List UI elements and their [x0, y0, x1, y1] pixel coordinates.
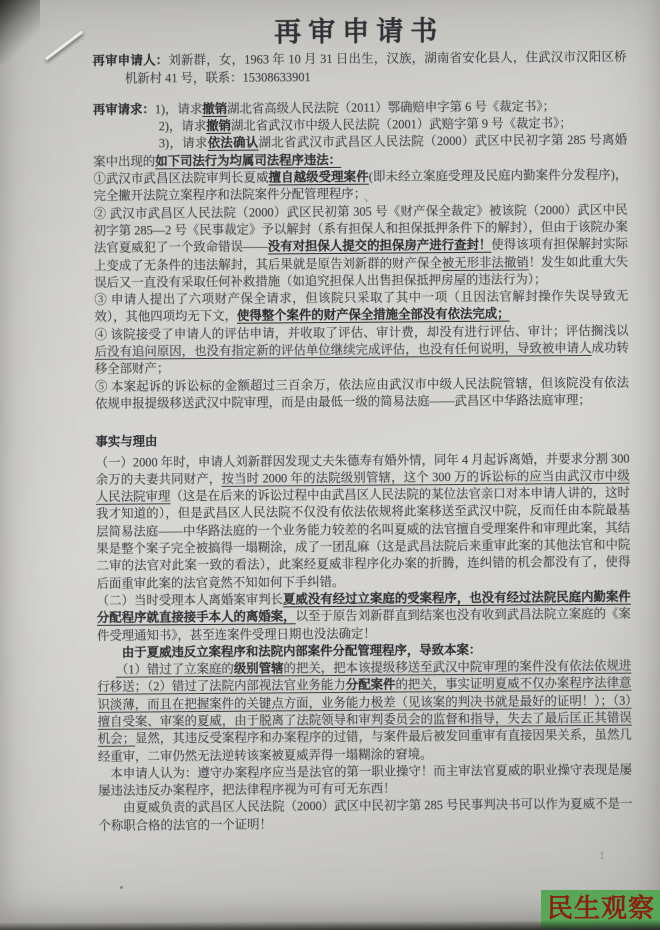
violation-item-4: ④ 该院接受了申请人的评估申请，并收取了评估、审计费，却没有进行评估、审计；评估… — [95, 322, 629, 378]
page-number: 1 — [599, 848, 605, 863]
text-segment: 如下司法行为均属司法程序违法： — [155, 153, 341, 168]
text-segment: 再审请求： — [93, 102, 155, 116]
text-segment: 再审申请人： — [92, 54, 168, 69]
violation-item-2: ② 武汉市武昌区人民法院（2000）武区民初第 305 号《财产保全裁定》被该院… — [94, 201, 629, 292]
fact-paragraph-2: （二）当时受理本人离婚案审判长夏威没有经过立案庭的受案程序，也没有经过法院民庭内… — [97, 589, 631, 645]
applicant-line: 再审申请人：刘新群，女，1963 年 10 月 31 日出生，汉族，湖南省安化县… — [92, 49, 626, 88]
text-segment: 本申请人认为：遵守办案程序应当是法官的第一职业操守！而主审法官夏威的职业操守表现… — [98, 763, 632, 798]
text-segment: 级别管辖 — [234, 661, 284, 675]
opinion-paragraph: 本申请人认为：遵守办案程序应当是法官的第一职业操守！而主审法官夏威的职业操守表现… — [98, 762, 632, 801]
photo-bottom-edge — [0, 920, 660, 930]
photographed-document: 再审申请书 再审申请人：刘新群，女，1963 年 10 月 31 日出生，汉族，… — [0, 0, 660, 930]
text-segment: 湖北省武汉市中级人民法院（2001）武赔字第 9 号《裁定书》； — [231, 116, 572, 133]
text-segment: 事实与理由 — [95, 435, 157, 449]
text-segment: 刘新群，女，1963 年 10 月 31 日出生，汉族，湖南省安化县人，住武汉市… — [125, 50, 627, 85]
text-segment: 依法确认 — [208, 136, 259, 150]
text-segment: （1）错过了立案庭的 — [116, 662, 234, 677]
closing-paragraph: 由夏威负责的武昌区人民法院（2000）武区中民初字第 285 号民事判决书可以作… — [98, 796, 632, 835]
text-segment: （二）当时受理本人离婚案审判长 — [97, 592, 283, 607]
fact-paragraph-1: （一）2000 年时，申请人刘新群因发现丈夫朱德寿有婚外情，同年 4 月起诉离婚… — [96, 450, 631, 593]
text-segment: （这是在后来的诉讼过程中由武昌区人民法院的某位法官亲口对本申请人讲的，这时我才知… — [96, 486, 631, 591]
text-segment: 显然，其违反受案程序和办案程序的过错，与案件最后被发回重审有直接因果关系，虽然几… — [98, 728, 632, 763]
text-segment: 分配案件 — [346, 678, 396, 692]
violation-item-3: ③ 申请人提出了六项财产保全请求，但该院只采取了其中一项（且因法官解封操作失误导… — [94, 288, 628, 327]
text-segment: 撤销 — [202, 102, 227, 116]
text-segment: 湖北省高级人民法院（2011）鄂确赔申字第 6 号《裁定书》； — [227, 99, 555, 116]
text-segment: 1)，请求 — [155, 102, 203, 116]
document-page: 再审申请书 再审申请人：刘新群，女，1963 年 10 月 31 日出生，汉族，… — [0, 0, 660, 930]
text-segment: 3)，请求 — [159, 136, 208, 150]
cause-list: （1）错过了立案庭的级别管辖的把关，把本该提级移送至武汉中院审理的案件没有依法依… — [97, 658, 632, 766]
document-title: 再审申请书 — [92, 22, 626, 43]
text-segment: 2)，请求 — [159, 119, 207, 133]
text-segment: 被无形非法撤销 — [442, 255, 529, 270]
text-segment: 没有对担保人提交的担保房产进行查封！ — [268, 238, 492, 254]
text-segment: 由夏威负责的武昌区人民法院（2000）武区中民初字第 285 号民事判决书可以作… — [98, 797, 632, 832]
document-content: 再审申请书 再审申请人：刘新群，女，1963 年 10 月 31 日出生，汉族，… — [0, 0, 660, 836]
handwritten-ink-mark: ヽ — [360, 192, 371, 208]
text-segment: 使得整个案件的财产保全措施全部没有依法完成； — [237, 307, 510, 323]
text-segment: 后没有追问原因，也没有指定新的评估单位继续完成评估，也没有任何说明，导致被申请人 — [95, 341, 592, 359]
text-segment: 由于夏威违反立案程序和法院内部案件分配管理程序，导致本案： — [122, 643, 481, 660]
violation-item-5: ⑤ 本案起诉的诉讼标的金额超过三百余万，依法应由武汉市中级人民法院管辖，但该院没… — [95, 374, 629, 413]
paper-speck — [120, 886, 123, 889]
text-segment: 擅自越级受理案件 — [269, 170, 369, 185]
text-segment: 撤销 — [206, 119, 231, 133]
text-segment: ⑤ 本案起诉的诉讼标的金额超过三百余万，依法应由武汉市中级人民法院管辖，但该院没… — [95, 375, 629, 410]
text-segment: ①武汉市武昌区法院审判长夏威 — [93, 171, 268, 186]
text-segment: ④ 该院接受了申请人的评估申请，并收取了评估、审计费，却没有进行评估、审计；评估… — [95, 323, 629, 341]
facts-heading: 事实与理由 — [95, 430, 629, 451]
document-body: 再审申请人：刘新群，女，1963 年 10 月 31 日出生，汉族，湖南省安化县… — [92, 49, 632, 835]
request-3: 3)，请求依法确认湖北省武汉市武昌区人民法院（2000）武区中民初字第 285 … — [93, 132, 627, 171]
